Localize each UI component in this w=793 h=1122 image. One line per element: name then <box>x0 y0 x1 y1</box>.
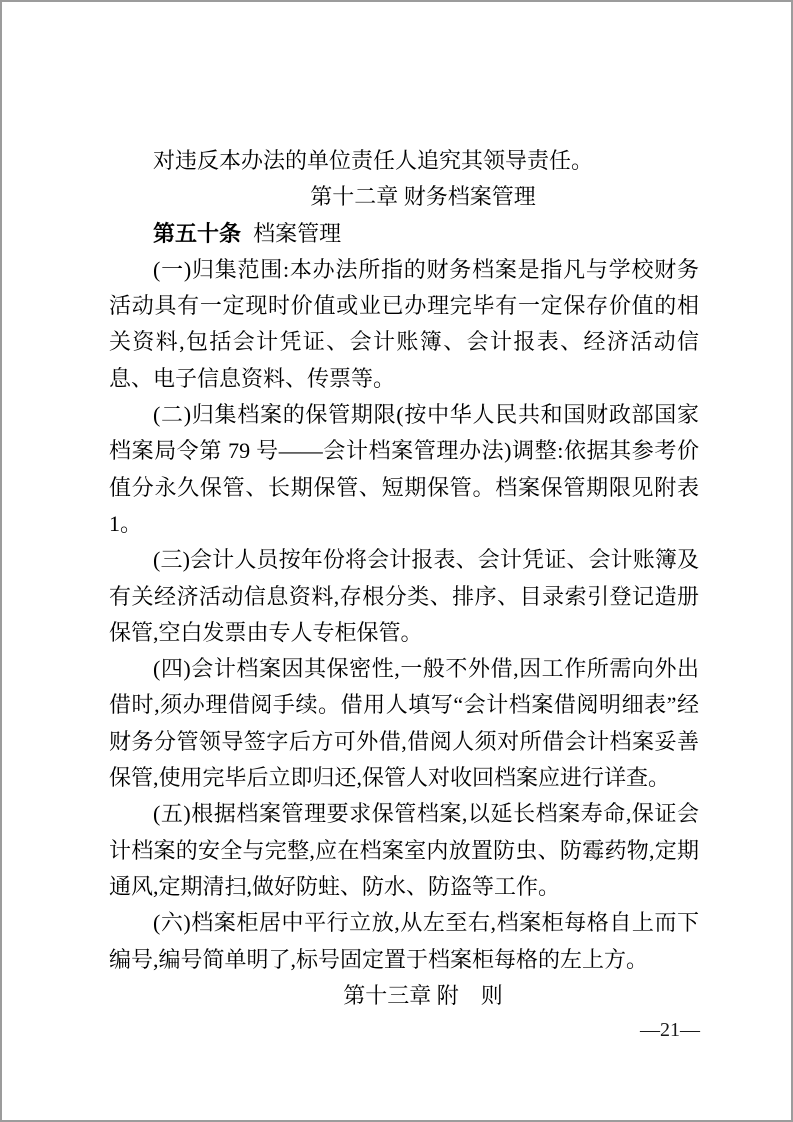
continuation-paragraph: 对违反本办法的单位责任人追究其领导责任。 <box>109 143 699 179</box>
clause-paragraph-2: (二)归集档案的保管期限(按中华人民共和国财政部国家档案局令第 79 号——会计… <box>109 397 699 542</box>
article-50-title: 档案管理 <box>253 221 341 246</box>
chapter-12-heading: 第十二章 财务档案管理 <box>109 179 699 215</box>
chapter-13-heading: 第十三章 附 则 <box>109 978 699 1014</box>
clause-paragraph-5: (五)根据档案管理要求保管档案,以延长档案寿命,保证会计档案的安全与完整,应在档… <box>109 796 699 905</box>
article-50-number: 第五十条 <box>153 221 241 246</box>
clause-paragraph-1: (一)归集范围:本办法所指的财务档案是指凡与学校财务活动具有一定现时价值或业已办… <box>109 252 699 397</box>
page-number: —21— <box>640 1019 700 1041</box>
article-50-heading: 第五十条档案管理 <box>109 216 699 252</box>
clause-paragraph-6: (六)档案柜居中平行立放,从左至右,档案柜每格自上而下编号,编号简单明了,标号固… <box>109 905 699 978</box>
document-body: 对违反本办法的单位责任人追究其领导责任。 第十二章 财务档案管理 第五十条档案管… <box>109 143 699 1014</box>
document-page: 对违反本办法的单位责任人追究其领导责任。 第十二章 财务档案管理 第五十条档案管… <box>0 0 793 1122</box>
clause-paragraph-4: (四)会计档案因其保密性,一般不外借,因工作所需向外出借时,须办理借阅手续。借用… <box>109 651 699 796</box>
clause-paragraph-3: (三)会计人员按年份将会计报表、会计凭证、会计账簿及有关经济活动信息资料,存根分… <box>109 542 699 651</box>
